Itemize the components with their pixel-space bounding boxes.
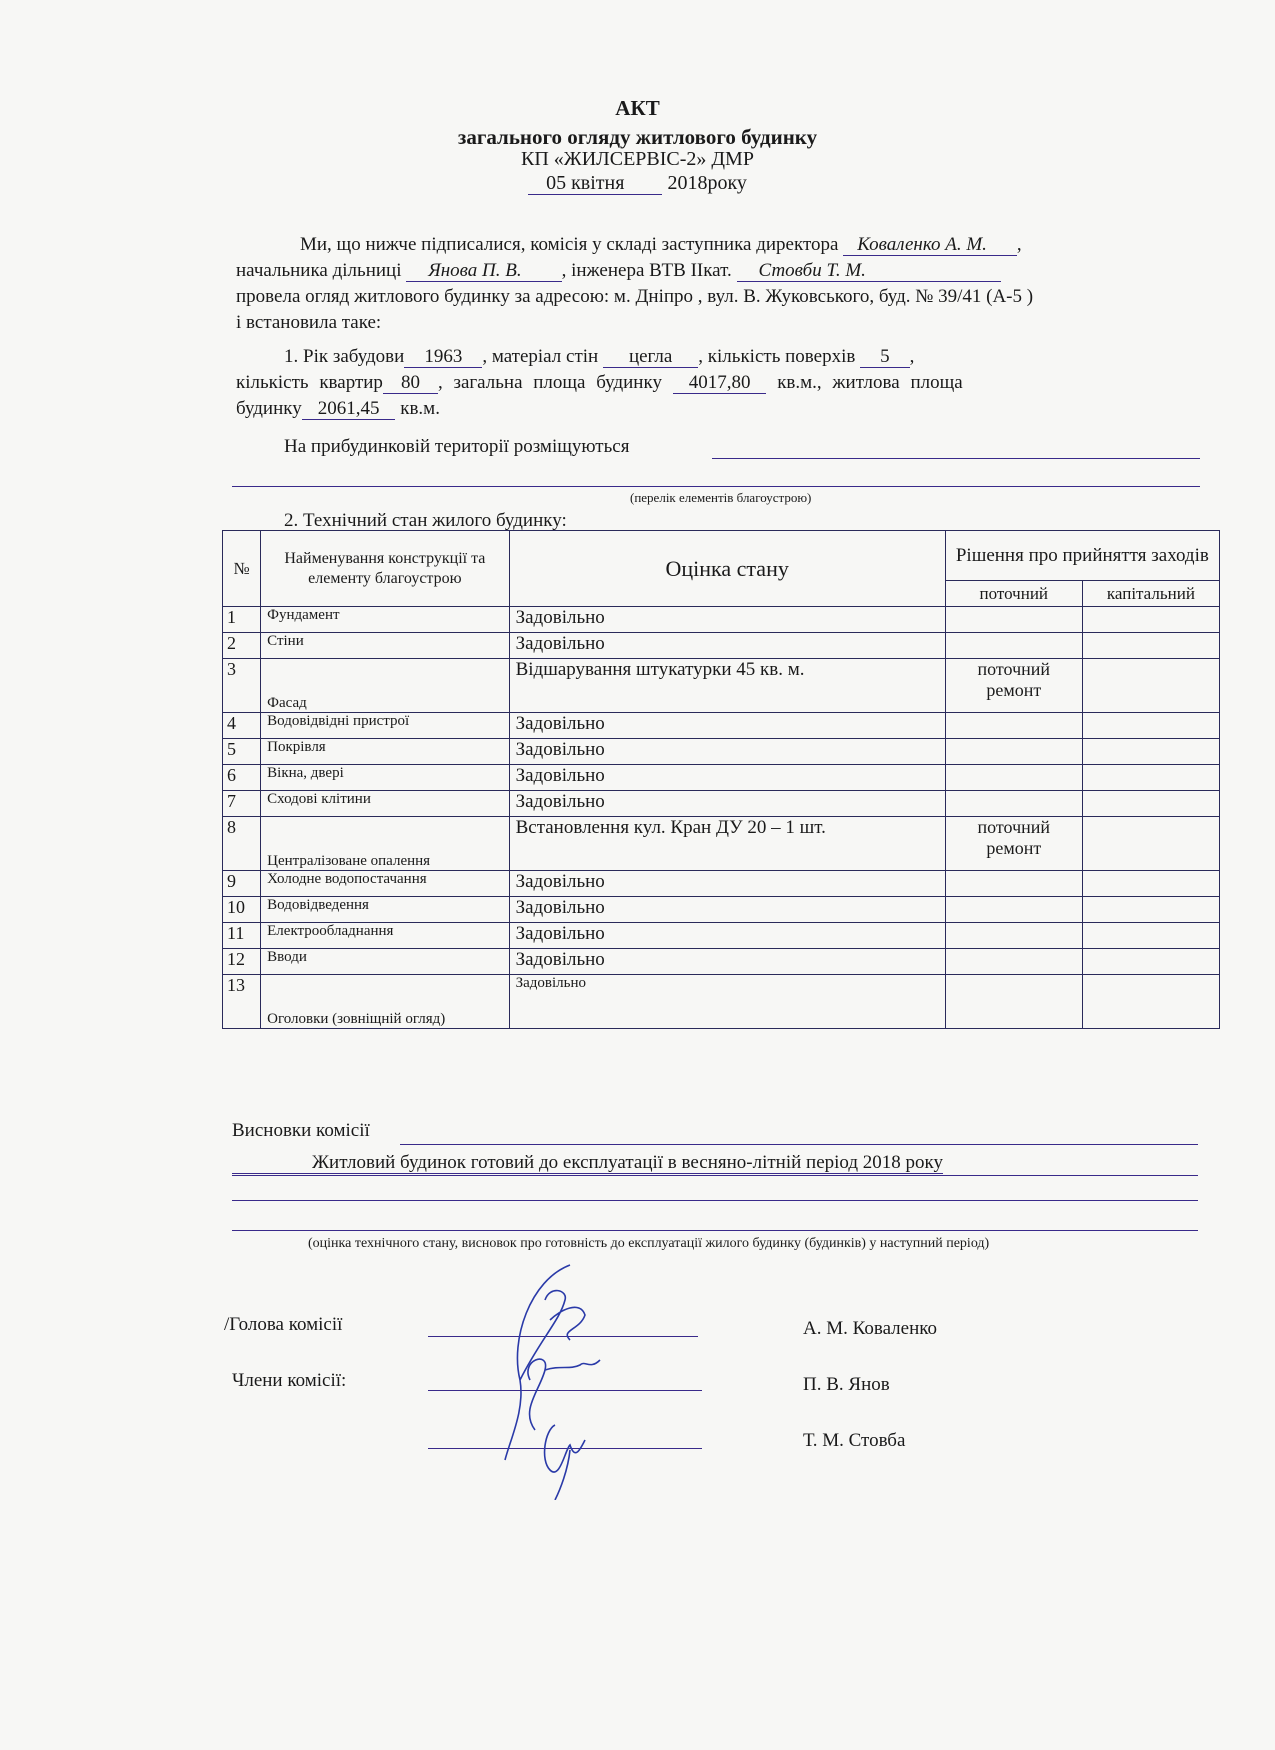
signature-scribbles — [490, 1260, 630, 1500]
num-cell: 5 — [223, 739, 261, 765]
current-repair-cell — [945, 713, 1082, 739]
num-cell: 4 — [223, 713, 261, 739]
capital-repair-cell — [1082, 949, 1219, 975]
element-name-cell: Сходові клітини — [261, 791, 509, 817]
element-name-cell: Фундамент — [261, 607, 509, 633]
element-name-cell: Водовідведення — [261, 897, 509, 923]
current-repair-cell: поточний ремонт — [945, 817, 1082, 871]
label: , матеріал стін — [482, 346, 598, 367]
table-row: 1ФундаментЗадовільно — [223, 607, 1220, 633]
member2-name: Т. М. Стовба — [803, 1430, 905, 1452]
capital-repair-cell — [1082, 659, 1219, 713]
section1-line-2: кількість квартир80, загальна площа буди… — [236, 370, 1221, 395]
apartments-count: 80 — [383, 372, 438, 394]
intro-text: начальника дільниці — [236, 260, 401, 281]
members-label: Члени комісії: — [232, 1370, 346, 1392]
num-cell: 13 — [223, 975, 261, 1029]
element-name-cell: Електрообладнання — [261, 923, 509, 949]
label: , загальна площа будинку — [438, 372, 662, 393]
conclusions-line-1 — [400, 1144, 1198, 1145]
table-row: 9Холодне водопостачанняЗадовільно — [223, 871, 1220, 897]
header-num: № — [223, 531, 261, 607]
label: будинку — [236, 398, 302, 419]
intro-line-1: Ми, що нижче підписалися, комісія у скла… — [300, 232, 1022, 257]
capital-repair-cell — [1082, 817, 1219, 871]
capital-repair-cell — [1082, 607, 1219, 633]
label: кв.м., житлова площа — [777, 372, 962, 393]
current-repair-cell — [945, 791, 1082, 817]
table-row: 12ВводиЗадовільно — [223, 949, 1220, 975]
document-title: АКТ — [0, 96, 1275, 121]
total-area: 4017,80 — [673, 372, 767, 394]
current-repair-cell — [945, 739, 1082, 765]
territory-line-2 — [232, 486, 1200, 487]
num-cell: 12 — [223, 949, 261, 975]
table-row: 7Сходові клітиниЗадовільно — [223, 791, 1220, 817]
territory-line-1 — [712, 458, 1200, 459]
condition-cell: Задовільно — [509, 765, 945, 791]
header-current: поточний — [945, 581, 1082, 607]
table-row: 11ЕлектрообладнанняЗадовільно — [223, 923, 1220, 949]
conclusions-caption: (оцінка технічного стану, висновок про г… — [308, 1236, 989, 1252]
table-row: 5ПокрівляЗадовільно — [223, 739, 1220, 765]
conclusions-line-4 — [232, 1230, 1198, 1231]
header-decision: Рішення про прийняття заходів — [945, 531, 1219, 581]
capital-repair-cell — [1082, 975, 1219, 1029]
table-row: 3ФасадВідшарування штукатурки 45 кв. м.п… — [223, 659, 1220, 713]
current-repair-cell: поточний ремонт — [945, 659, 1082, 713]
element-name-cell: Холодне водопостачання — [261, 871, 509, 897]
territory-label: На прибудинковій території розміщуються — [284, 434, 629, 459]
label: Голова комісії — [229, 1314, 342, 1335]
organization-name: КП «ЖИЛСЕРВІС-2» ДМР — [0, 148, 1275, 171]
capital-repair-cell — [1082, 897, 1219, 923]
num-cell: 10 — [223, 897, 261, 923]
section1-line-1: 1. Рік забудови1963, матеріал стін цегла… — [284, 344, 1224, 369]
engineer-name: Стовби Т. М. — [737, 260, 1001, 282]
section1-line-3: будинку2061,45 кв.м. — [236, 396, 440, 421]
num-cell: 11 — [223, 923, 261, 949]
num-cell: 8 — [223, 817, 261, 871]
current-repair-cell — [945, 975, 1082, 1029]
condition-cell: Встановлення кул. Кран ДУ 20 – 1 шт. — [509, 817, 945, 871]
element-name-cell: Водовідвідні пристрої — [261, 713, 509, 739]
condition-cell: Задовільно — [509, 897, 945, 923]
capital-repair-cell — [1082, 739, 1219, 765]
label: кв.м. — [400, 398, 440, 419]
label: , кількість поверхів — [698, 346, 855, 367]
table-row: 4Водовідвідні пристроїЗадовільно — [223, 713, 1220, 739]
current-repair-cell — [945, 871, 1082, 897]
header-capital: капітальний — [1082, 581, 1219, 607]
condition-cell: Задовільно — [509, 949, 945, 975]
element-name-cell: Стіни — [261, 633, 509, 659]
table-row: 10ВодовідведенняЗадовільно — [223, 897, 1220, 923]
date-year: 2018року — [667, 172, 746, 194]
conclusions-text: Житловий будинок готовий до експлуатації… — [312, 1152, 943, 1174]
deputy-director-name: Коваленко А. М. — [843, 234, 1017, 256]
element-name-cell: Централізоване опалення — [261, 817, 509, 871]
table-row: 6Вікна, дверіЗадовільно — [223, 765, 1220, 791]
condition-cell: Задовільно — [509, 633, 945, 659]
num-cell: 3 — [223, 659, 261, 713]
label: кількість квартир — [236, 372, 383, 393]
num-cell: 9 — [223, 871, 261, 897]
conclusions-line-3 — [232, 1200, 1198, 1201]
capital-repair-cell — [1082, 923, 1219, 949]
floors-count: 5 — [860, 346, 910, 368]
build-year: 1963 — [404, 346, 482, 368]
site-chief-name: Янова П. В. — [406, 260, 561, 282]
member1-name: П. В. Янов — [803, 1374, 890, 1396]
intro-text: , інженера ВТВ ІІкат. — [562, 260, 732, 281]
intro-line-2: начальника дільниці Янова П. В., інженер… — [236, 258, 1001, 283]
condition-cell: Задовільно — [509, 791, 945, 817]
condition-cell: Задовільно — [509, 923, 945, 949]
address-line: провела огляд житлового будинку за адрес… — [236, 284, 1033, 309]
condition-cell: Задовільно — [509, 871, 945, 897]
condition-cell: Відшарування штукатурки 45 кв. м. — [509, 659, 945, 713]
chair-name: А. М. Коваленко — [803, 1318, 937, 1340]
chair-label: /Голова комісії — [224, 1314, 342, 1336]
current-repair-cell — [945, 607, 1082, 633]
table-row: 2СтіниЗадовільно — [223, 633, 1220, 659]
current-repair-cell — [945, 923, 1082, 949]
element-name-cell: Оголовки (зовніщній огляд) — [261, 975, 509, 1029]
conclusions-label: Висновки комісії — [232, 1118, 370, 1143]
current-repair-cell — [945, 765, 1082, 791]
num-cell: 1 — [223, 607, 261, 633]
intro-text: Ми, що нижче підписалися, комісія у скла… — [300, 234, 838, 255]
header-name: Найменування конструкції та елементу бла… — [261, 531, 509, 607]
num-cell: 2 — [223, 633, 261, 659]
header-condition: Оцінка стану — [509, 531, 945, 607]
element-name-cell: Покрівля — [261, 739, 509, 765]
current-repair-cell — [945, 897, 1082, 923]
condition-cell: Задовільно — [509, 739, 945, 765]
element-name-cell: Вводи — [261, 949, 509, 975]
date-day-month: 05 квітня — [528, 172, 642, 195]
current-repair-cell — [945, 633, 1082, 659]
table-row: 13Оголовки (зовніщній огляд)Задовільно — [223, 975, 1220, 1029]
territory-caption: (перелік елементів благоустрою) — [630, 490, 811, 506]
wall-material: цегла — [603, 346, 698, 368]
condition-cell: Задовільно — [509, 607, 945, 633]
established-line: і встановила таке: — [236, 310, 381, 335]
table-row: 8Централізоване опаленняВстановлення кул… — [223, 817, 1220, 871]
condition-cell: Задовільно — [509, 713, 945, 739]
conclusions-text-line: Житловий будинок готовий до експлуатації… — [232, 1150, 1198, 1176]
document-subtitle: загального огляду житлового будинку — [0, 125, 1275, 150]
current-repair-cell — [945, 949, 1082, 975]
capital-repair-cell — [1082, 765, 1219, 791]
technical-condition-table: № Найменування конструкції та елементу б… — [222, 530, 1220, 1029]
capital-repair-cell — [1082, 713, 1219, 739]
living-area: 2061,45 — [302, 398, 396, 420]
capital-repair-cell — [1082, 791, 1219, 817]
num-cell: 6 — [223, 765, 261, 791]
condition-cell: Задовільно — [509, 975, 945, 1029]
label: 1. Рік забудови — [284, 346, 404, 367]
element-name-cell: Фасад — [261, 659, 509, 713]
document-date: 05 квітня 2018року — [0, 172, 1275, 195]
capital-repair-cell — [1082, 633, 1219, 659]
capital-repair-cell — [1082, 871, 1219, 897]
element-name-cell: Вікна, двері — [261, 765, 509, 791]
num-cell: 7 — [223, 791, 261, 817]
